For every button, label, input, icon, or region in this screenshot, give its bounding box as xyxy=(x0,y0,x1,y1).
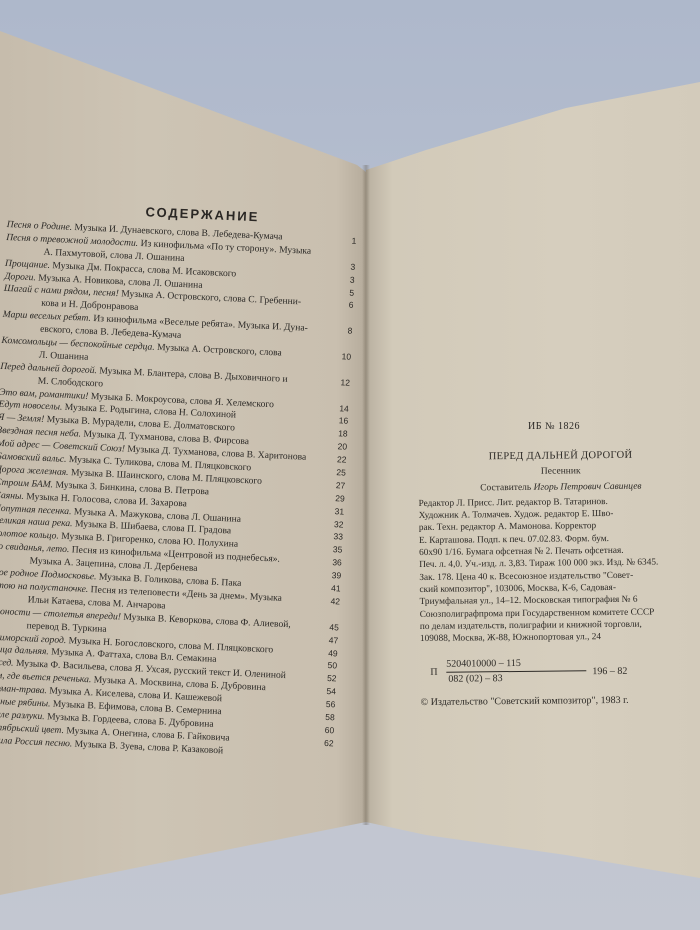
ib-number: ИБ № 1826 xyxy=(528,421,580,432)
page-number xyxy=(340,247,356,248)
song-title: Едут новоселы. xyxy=(0,399,63,413)
book-gutter xyxy=(362,165,370,825)
imprint-line: 109088, Москва, Ж-88, Южнопортовая ул., … xyxy=(420,630,700,645)
imprint-details: Редактор Л. Присс. Лит. редактор В. Тата… xyxy=(418,495,700,646)
page-number: 54 xyxy=(320,685,337,699)
page-number xyxy=(336,337,352,338)
imprint-block: ПЕРЕД ДАЛЬНЕЙ ДОРОГОЙ Песенник Составите… xyxy=(418,449,700,710)
page-number: 29 xyxy=(328,492,345,506)
code-tail: 196 – 82 xyxy=(592,666,627,679)
page-number: 33 xyxy=(327,530,344,544)
page-number: 8 xyxy=(336,324,353,338)
page-number: 6 xyxy=(337,299,354,313)
song-title: Сосед. xyxy=(0,657,14,669)
page-number: 16 xyxy=(332,414,349,428)
page-number: 18 xyxy=(331,427,348,441)
song-title: После разлуки. xyxy=(0,708,45,722)
song-title: Строим БАМ. xyxy=(0,477,53,491)
page-number: 20 xyxy=(331,440,348,454)
page-number: 36 xyxy=(325,556,342,570)
page-number: 39 xyxy=(325,569,342,583)
catalog-code: П 5204010000 – 115 082 (02) – 83 196 – 8… xyxy=(430,656,700,691)
page-number: 42 xyxy=(324,595,341,609)
page-number: 49 xyxy=(321,646,338,660)
song-title: Приморский город. xyxy=(0,631,67,646)
page-number: 60 xyxy=(318,723,335,737)
page-number: 14 xyxy=(333,402,350,416)
page-number: 1 xyxy=(340,234,357,248)
code-prefix: П xyxy=(430,667,437,679)
song-title: Дурман-трава. xyxy=(0,683,47,697)
page-number: 25 xyxy=(330,466,347,480)
song-title: Песня о Родине. xyxy=(7,219,73,233)
page-number: 5 xyxy=(338,286,355,300)
book-subtitle: Песенник xyxy=(418,464,700,479)
compiler-line: Составитель Игорь Петрович Савинцев xyxy=(418,480,700,495)
page-number xyxy=(324,608,340,609)
song-title: Дороги. xyxy=(4,270,36,282)
fraction-bar xyxy=(446,671,586,673)
page-number: 32 xyxy=(327,517,344,531)
song-title: Родные рябины. xyxy=(0,695,51,709)
page-number xyxy=(337,311,353,312)
song-title: Золотое кольцо. xyxy=(0,528,59,542)
page-number xyxy=(317,749,333,750)
song-title: Попутная песенка. xyxy=(0,502,72,517)
page-number: 12 xyxy=(334,376,351,390)
page-number: 56 xyxy=(319,698,336,712)
song-title: Я — Земля! xyxy=(0,412,45,425)
page-number: 3 xyxy=(338,273,355,287)
page-number: 50 xyxy=(321,659,338,673)
page-number: 10 xyxy=(335,350,352,364)
toc-list: Песня о Родине. Музыка И. Дунаевского, с… xyxy=(0,219,357,763)
page-number: 22 xyxy=(330,453,347,467)
song-title: Улица дальняя. xyxy=(0,644,49,658)
song-title: Саяны. xyxy=(0,489,24,501)
toc-entry-continuation: М. Слободского xyxy=(37,375,103,389)
toc-entry-continuation: перевод В. Туркина xyxy=(26,620,106,635)
song-title: Великая наша река. xyxy=(0,515,73,530)
compiler-name: Игорь Петрович Савинцев xyxy=(534,481,642,492)
page-number xyxy=(334,389,350,390)
page-number: 41 xyxy=(324,582,341,596)
song-title: Дорога железная. xyxy=(0,464,69,478)
page-number xyxy=(335,363,351,364)
page-number: 3 xyxy=(339,260,356,274)
compiler-label: Составитель xyxy=(480,482,531,493)
page-number: 52 xyxy=(320,672,337,686)
page-number: 58 xyxy=(318,711,335,725)
book-title: ПЕРЕД ДАЛЬНЕЙ ДОРОГОЙ xyxy=(418,449,700,464)
song-title: Бамовский вальс. xyxy=(0,451,67,465)
code-numerator: 5204010000 – 115 xyxy=(446,658,521,671)
page-number: 47 xyxy=(322,633,339,647)
page-number: 27 xyxy=(329,479,346,493)
page-number: 31 xyxy=(328,505,345,519)
song-title: Прощание. xyxy=(5,258,50,271)
toc-entry-continuation: Л. Ошанина xyxy=(39,349,89,362)
page-number: 62 xyxy=(317,736,334,750)
page-number: 35 xyxy=(326,543,343,557)
code-denominator: 082 (02) – 83 xyxy=(448,674,502,687)
page-number: 45 xyxy=(323,620,340,634)
song-title: До свиданья, лето. xyxy=(0,541,70,555)
table-of-contents: СОДЕРЖАНИЕ Песня о Родине. Музыка И. Дун… xyxy=(0,198,358,763)
